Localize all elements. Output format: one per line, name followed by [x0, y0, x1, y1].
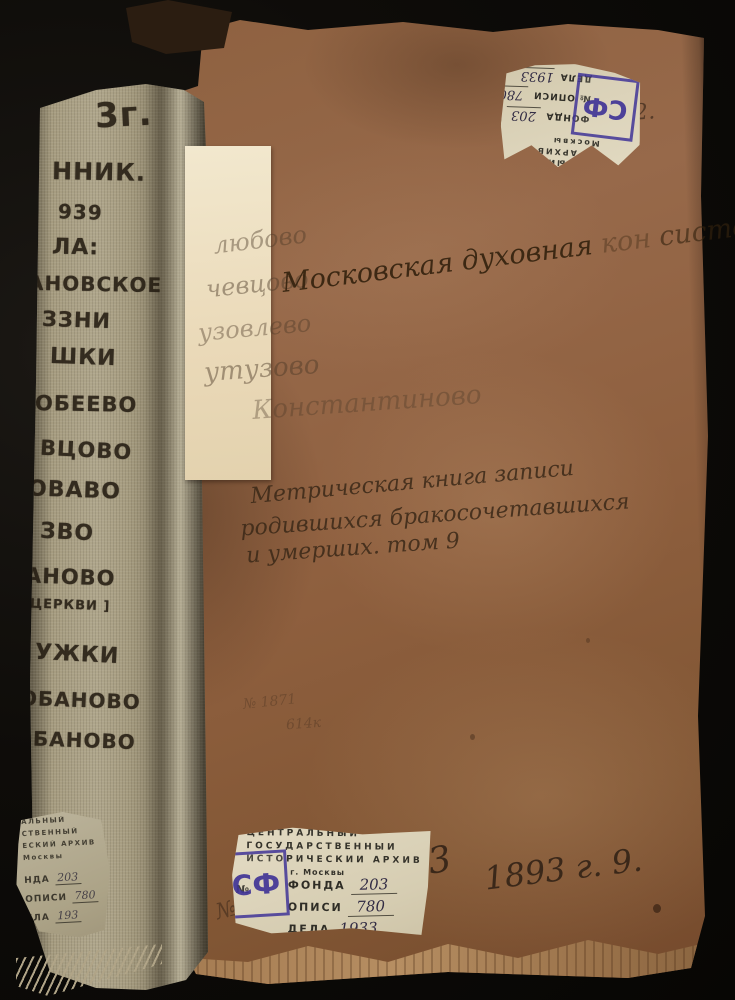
faint-number-2: 614к	[285, 715, 321, 733]
field-value: 203	[54, 870, 81, 885]
book-cover-photo: 3г.ННИК.939ЛА:АНОВСКОЕЗЗНИШКИОБЕЕВОВЦОВО…	[0, 0, 735, 1000]
field-label: ОПИСИ	[288, 901, 343, 915]
sf-stamp: СФ	[571, 73, 640, 142]
field-label: ФОНДА	[288, 879, 346, 893]
org-line: СТВЕННЫЙ	[22, 826, 108, 838]
org-line-city: Москвы	[23, 850, 109, 862]
field-value: 203	[351, 875, 397, 895]
field-value: 780	[348, 897, 394, 917]
field-value: 193	[54, 908, 81, 923]
field-value: 780	[72, 888, 99, 903]
field-value: 203	[506, 106, 541, 123]
field-value: 1933	[520, 67, 555, 84]
field-label: НДА	[24, 875, 50, 886]
stamp-letters: СФ	[231, 866, 281, 902]
org-line: ЕСКИЙ АРХИВ	[22, 838, 108, 850]
label-fields: НДА 203 ОПИСИ 780 ЕЛА 193	[24, 864, 100, 925]
stamp-letters: СФ	[581, 90, 629, 125]
archive-label-bottom: ЦЕНТРАЛЬНЫЙ ГОСУДАРСТВЕННЫЙ ИСТОРИЧЕСКИЙ…	[231, 825, 430, 937]
